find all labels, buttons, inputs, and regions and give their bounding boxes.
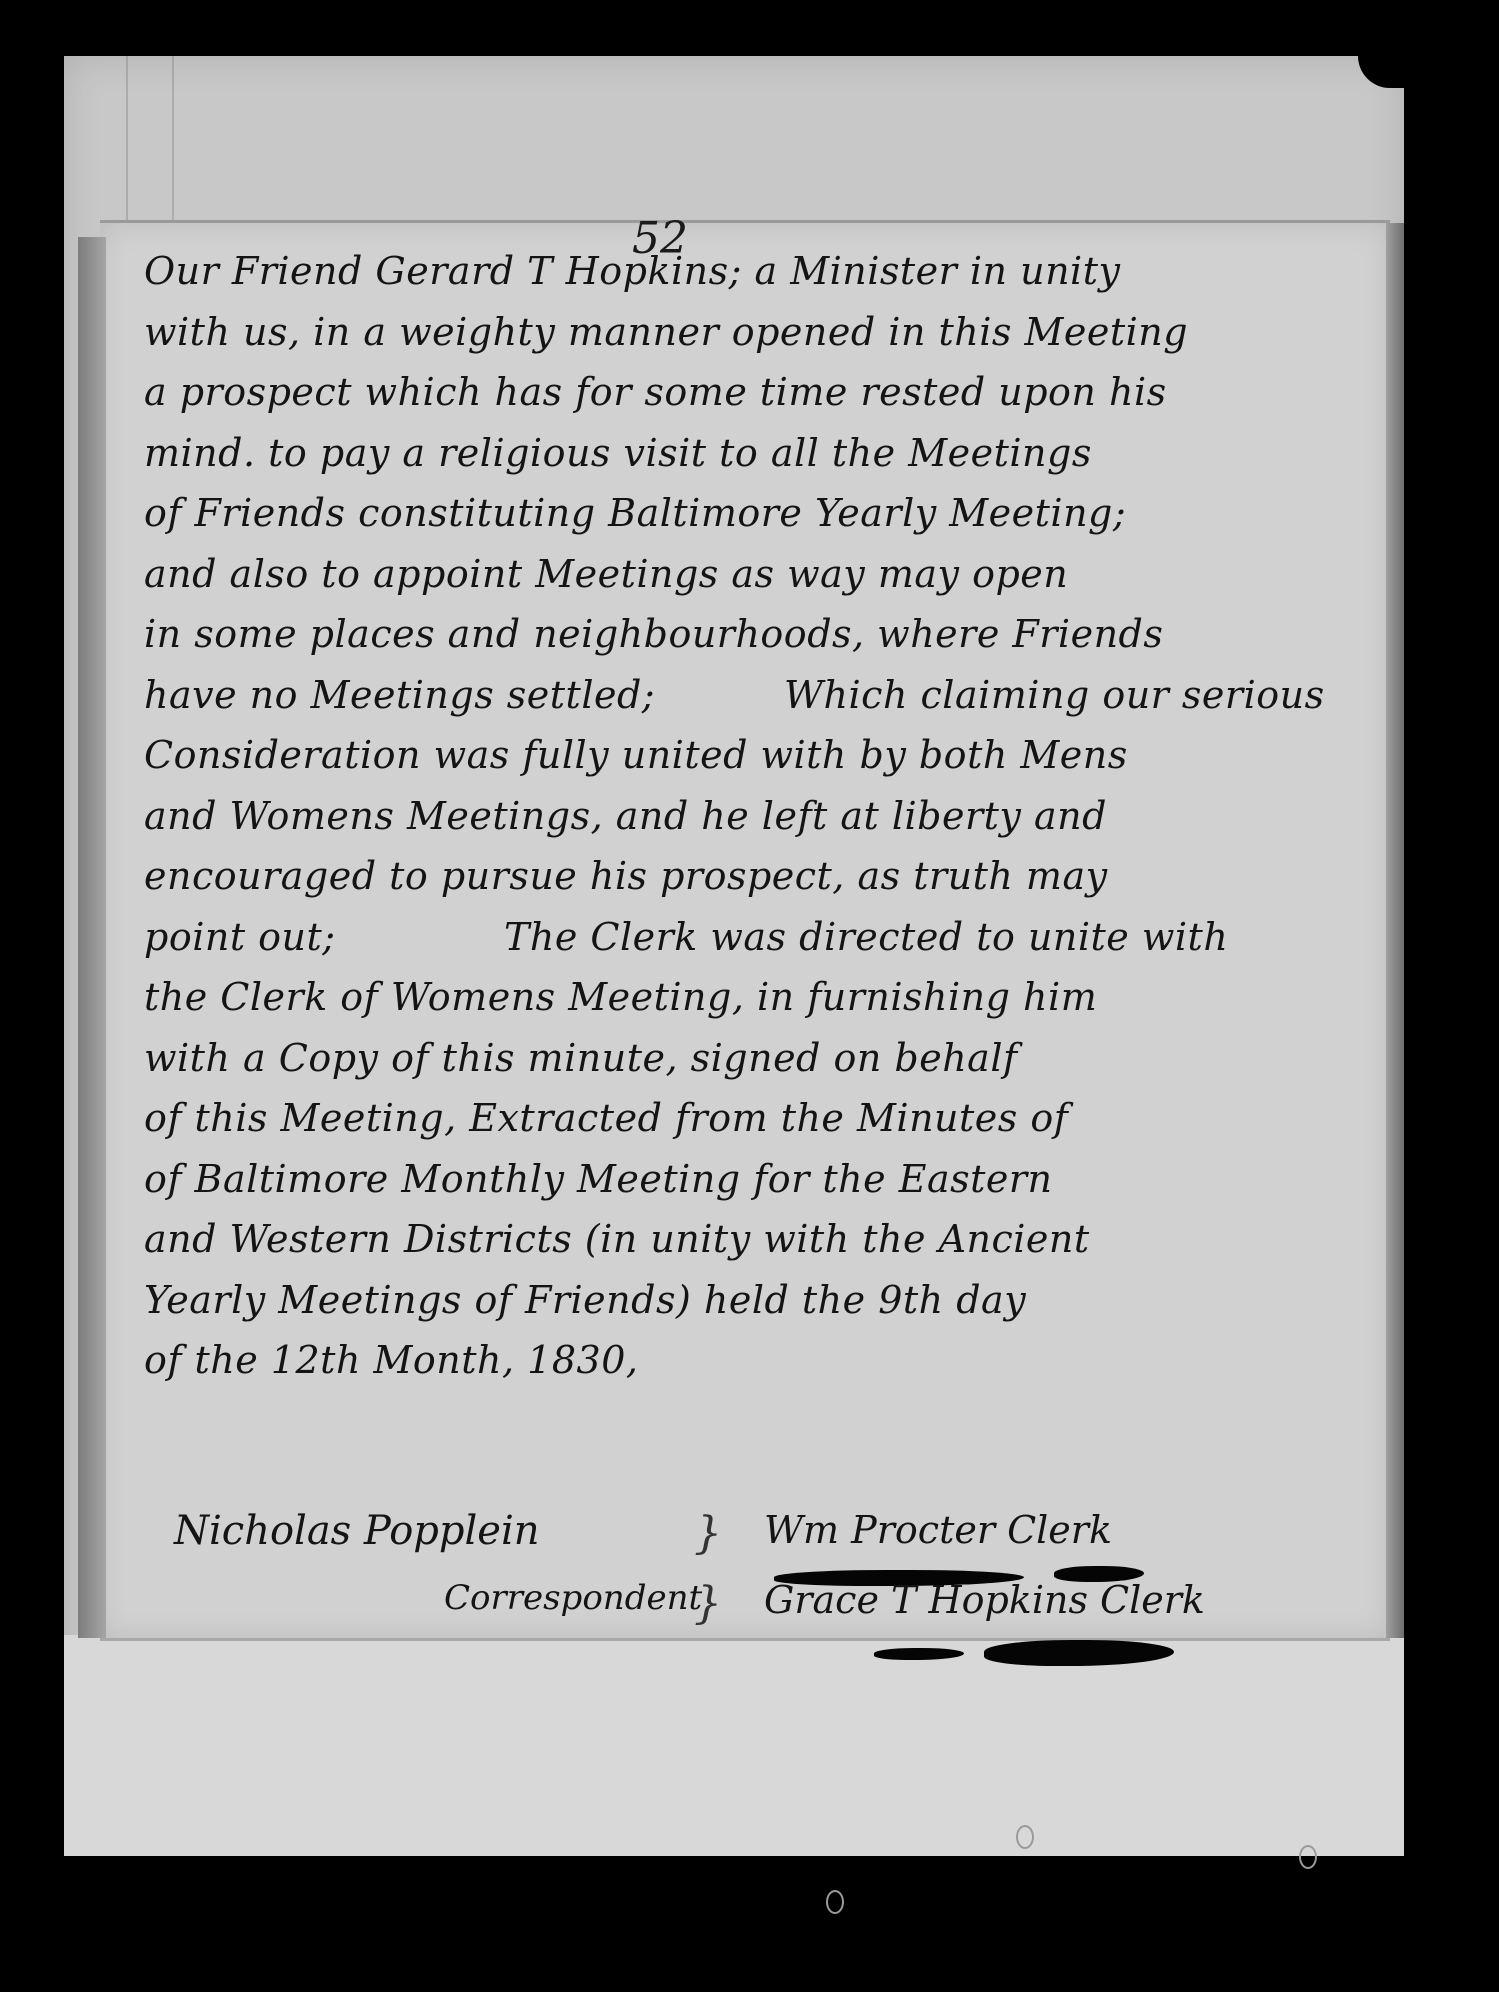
signature-clerk-womens: Grace T Hopkins Clerk: [764, 1578, 1205, 1622]
signature-clerk-mens: Wm Procter Clerk: [764, 1508, 1112, 1552]
manuscript-page: 52 Our Friend Gerard T Hopkins; a Minist…: [100, 220, 1390, 1641]
tack-hole: [826, 1890, 844, 1914]
text-line: of Friends constituting Baltimore Yearly…: [144, 483, 1364, 544]
text-line: Consideration was fully united with by b…: [144, 725, 1364, 786]
text-line: mind. to pay a religious visit to all th…: [144, 423, 1364, 484]
manuscript-body: Our Friend Gerard T Hopkins; a Minister …: [144, 241, 1364, 1391]
text-segment: Which claiming our serious: [784, 665, 1325, 726]
signature-block: Nicholas Popplein } Wm Procter Clerk Cor…: [174, 1508, 1354, 1648]
signature-row: Correspondent } Grace T Hopkins Clerk: [174, 1578, 1354, 1648]
text-line: a prospect which has for some time reste…: [144, 362, 1364, 423]
signature-correspondent-name: Nicholas Popplein: [174, 1508, 540, 1554]
signature-role-correspondent: Correspondent: [444, 1578, 702, 1618]
page-edge-right: [1386, 223, 1404, 1638]
text-line: of the 12th Month, 1830,: [144, 1330, 1364, 1391]
text-line: and also to appoint Meetings as way may …: [144, 544, 1364, 605]
page-edge-left: [78, 237, 106, 1638]
text-line: with a Copy of this minute, signed on be…: [144, 1028, 1364, 1089]
text-line: and Womens Meetings, and he left at libe…: [144, 786, 1364, 847]
text-line: and Western Districts (in unity with the…: [144, 1209, 1364, 1270]
text-segment: have no Meetings settled;: [144, 673, 655, 717]
text-line: encouraged to pursue his prospect, as tr…: [144, 846, 1364, 907]
tack-hole: [1016, 1825, 1034, 1849]
text-line: Our Friend Gerard T Hopkins; a Minister …: [144, 241, 1364, 302]
text-line: of Baltimore Monthly Meeting for the Eas…: [144, 1149, 1364, 1210]
text-line: point out; The Clerk was directed to uni…: [144, 907, 1364, 968]
text-line: in some places and neighbourhoods, where…: [144, 604, 1364, 665]
text-line: Yearly Meetings of Friends) held the 9th…: [144, 1270, 1364, 1331]
text-segment: point out;: [144, 915, 336, 959]
text-line: have no Meetings settled; Which claiming…: [144, 665, 1364, 726]
text-segment: The Clerk was directed to unite with: [504, 907, 1228, 968]
brace-mark: }: [694, 1508, 722, 1559]
tack-hole: [1299, 1845, 1317, 1869]
brace-mark: }: [694, 1578, 722, 1629]
text-line: of this Meeting, Extracted from the Minu…: [144, 1088, 1364, 1149]
text-line: the Clerk of Womens Meeting, in furnishi…: [144, 967, 1364, 1028]
torn-corner: [1358, 56, 1410, 88]
text-line: with us, in a weighty manner opened in t…: [144, 302, 1364, 363]
bottom-flap: [64, 1635, 1404, 1856]
signature-row: Nicholas Popplein } Wm Procter Clerk: [174, 1508, 1354, 1578]
